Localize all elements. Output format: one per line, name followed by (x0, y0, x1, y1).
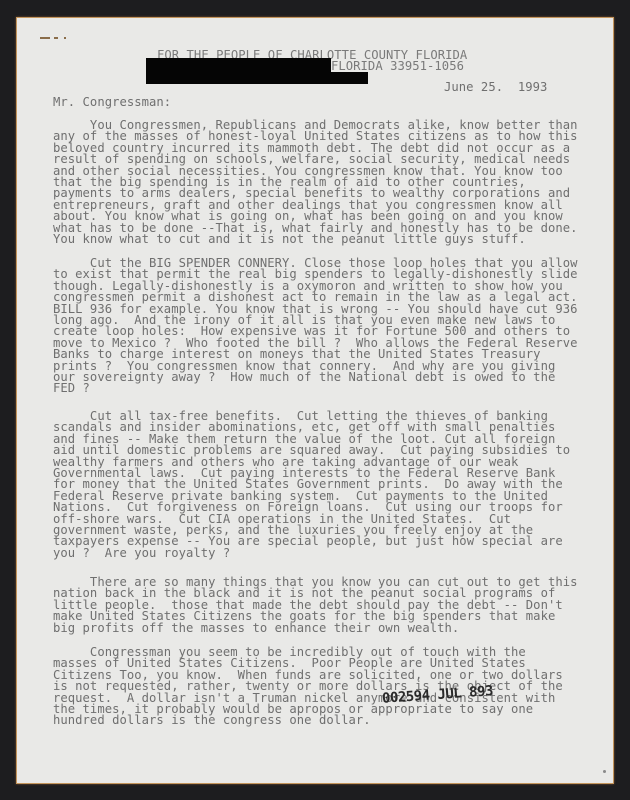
staple-mark (40, 37, 72, 40)
paragraph-1: You Congressmen, Republicans and Democra… (53, 120, 578, 245)
text-line: FED ? (53, 383, 578, 394)
text-line: our sovereignty away ? How much of the N… (53, 372, 578, 383)
redaction-block (146, 58, 331, 84)
paragraph-2: Cut the BIG SPENDER CONNERY. Close those… (53, 258, 578, 395)
letterhead-line-2: FLORIDA 33951-1056 (331, 61, 464, 72)
paragraph-4: There are so many things that you know y… (53, 577, 578, 634)
text-line: hundred dollars is the congress one doll… (53, 715, 563, 726)
letter-date: June 25. 1993 (444, 82, 547, 93)
salutation: Mr. Congressman: (53, 97, 171, 108)
text-line: big profits off the masses to enhance th… (53, 623, 578, 634)
paper-corner-mark (603, 770, 606, 773)
paragraph-3: Cut all tax-free benefits. Cut letting t… (53, 411, 570, 559)
text-line: you ? Are you royalty ? (53, 548, 570, 559)
text-line: You know what to cut and it is not the p… (53, 234, 578, 245)
redaction-block-extension (318, 72, 368, 84)
